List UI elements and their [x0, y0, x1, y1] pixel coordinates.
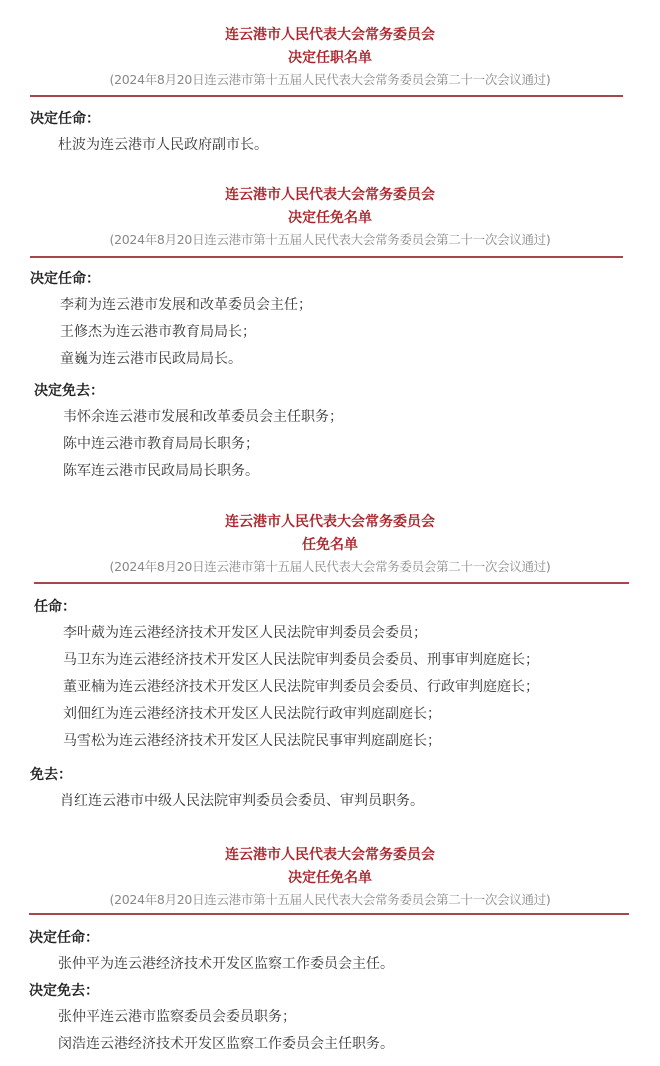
divider — [30, 95, 623, 97]
divider — [29, 913, 629, 915]
list-item: 韦怀余连云港市发展和改革委员会主任职务； — [63, 406, 343, 426]
list-item: 肖红连云港市中级人民法院审判委员会委员、审判员职务。 — [60, 790, 424, 810]
group-label: 免去： — [30, 764, 72, 784]
section-2-header: 连云港市人民代表大会常务委员会 决定任免名单 (2024年8月20日连云港市第十… — [0, 185, 660, 249]
group-label: 决定免去： — [34, 380, 104, 400]
section-note: (2024年8月20日连云港市第十五届人民代表大会常务委员会第二十一次会议通过) — [0, 231, 660, 249]
list-item: 张仲平连云港市监察委员会委员职务； — [58, 1006, 296, 1026]
section-title: 连云港市人民代表大会常务委员会 — [0, 25, 660, 45]
section-note: (2024年8月20日连云港市第十五届人民代表大会常务委员会第二十一次会议通过) — [0, 891, 660, 909]
group-label: 决定任命： — [30, 108, 100, 128]
list-item: 陈中连云港市教育局局长职务； — [63, 433, 259, 453]
list-item: 闵浩连云港经济技术开发区监察工作委员会主任职务。 — [58, 1033, 394, 1053]
list-item: 刘佃红为连云港经济技术开发区人民法院行政审判庭副庭长； — [63, 703, 441, 723]
list-item: 董亚楠为连云港经济技术开发区人民法院审判委员会委员、行政审判庭庭长； — [63, 676, 539, 696]
list-item: 杜波为连云港市人民政府副市长。 — [58, 134, 268, 154]
section-3-header: 连云港市人民代表大会常务委员会 任免名单 (2024年8月20日连云港市第十五届… — [0, 512, 660, 576]
list-item: 李叶葳为连云港经济技术开发区人民法院审判委员会委员； — [63, 622, 427, 642]
section-subtitle: 任免名单 — [0, 535, 660, 555]
section-subtitle: 决定任职名单 — [0, 48, 660, 68]
list-item: 马卫东为连云港经济技术开发区人民法院审判委员会委员、刑事审判庭庭长； — [63, 649, 539, 669]
divider — [30, 256, 623, 258]
section-subtitle: 决定任免名单 — [0, 208, 660, 228]
section-title: 连云港市人民代表大会常务委员会 — [0, 185, 660, 205]
group-label: 决定任命： — [30, 268, 100, 288]
list-item: 童巍为连云港市民政局局长。 — [60, 348, 242, 368]
list-item: 张仲平为连云港经济技术开发区监察工作委员会主任。 — [58, 953, 394, 973]
section-title: 连云港市人民代表大会常务委员会 — [0, 845, 660, 865]
group-label: 决定任命： — [29, 927, 99, 947]
section-note: (2024年8月20日连云港市第十五届人民代表大会常务委员会第二十一次会议通过) — [0, 558, 660, 576]
list-item: 李莉为连云港市发展和改革委员会主任； — [60, 294, 312, 314]
list-item: 陈军连云港市民政局局长职务。 — [63, 460, 259, 480]
list-item: 王修杰为连云港市教育局局长； — [60, 321, 256, 341]
list-item: 马雪松为连云港经济技术开发区人民法院民事审判庭副庭长； — [63, 730, 441, 750]
group-label: 任命： — [34, 596, 76, 616]
section-title: 连云港市人民代表大会常务委员会 — [0, 512, 660, 532]
section-note: (2024年8月20日连云港市第十五届人民代表大会常务委员会第二十一次会议通过) — [0, 71, 660, 89]
divider — [34, 582, 629, 584]
group-label: 决定免去： — [29, 980, 99, 1000]
section-4-header: 连云港市人民代表大会常务委员会 决定任免名单 (2024年8月20日连云港市第十… — [0, 845, 660, 909]
section-subtitle: 决定任免名单 — [0, 868, 660, 888]
section-1-header: 连云港市人民代表大会常务委员会 决定任职名单 (2024年8月20日连云港市第十… — [0, 25, 660, 89]
